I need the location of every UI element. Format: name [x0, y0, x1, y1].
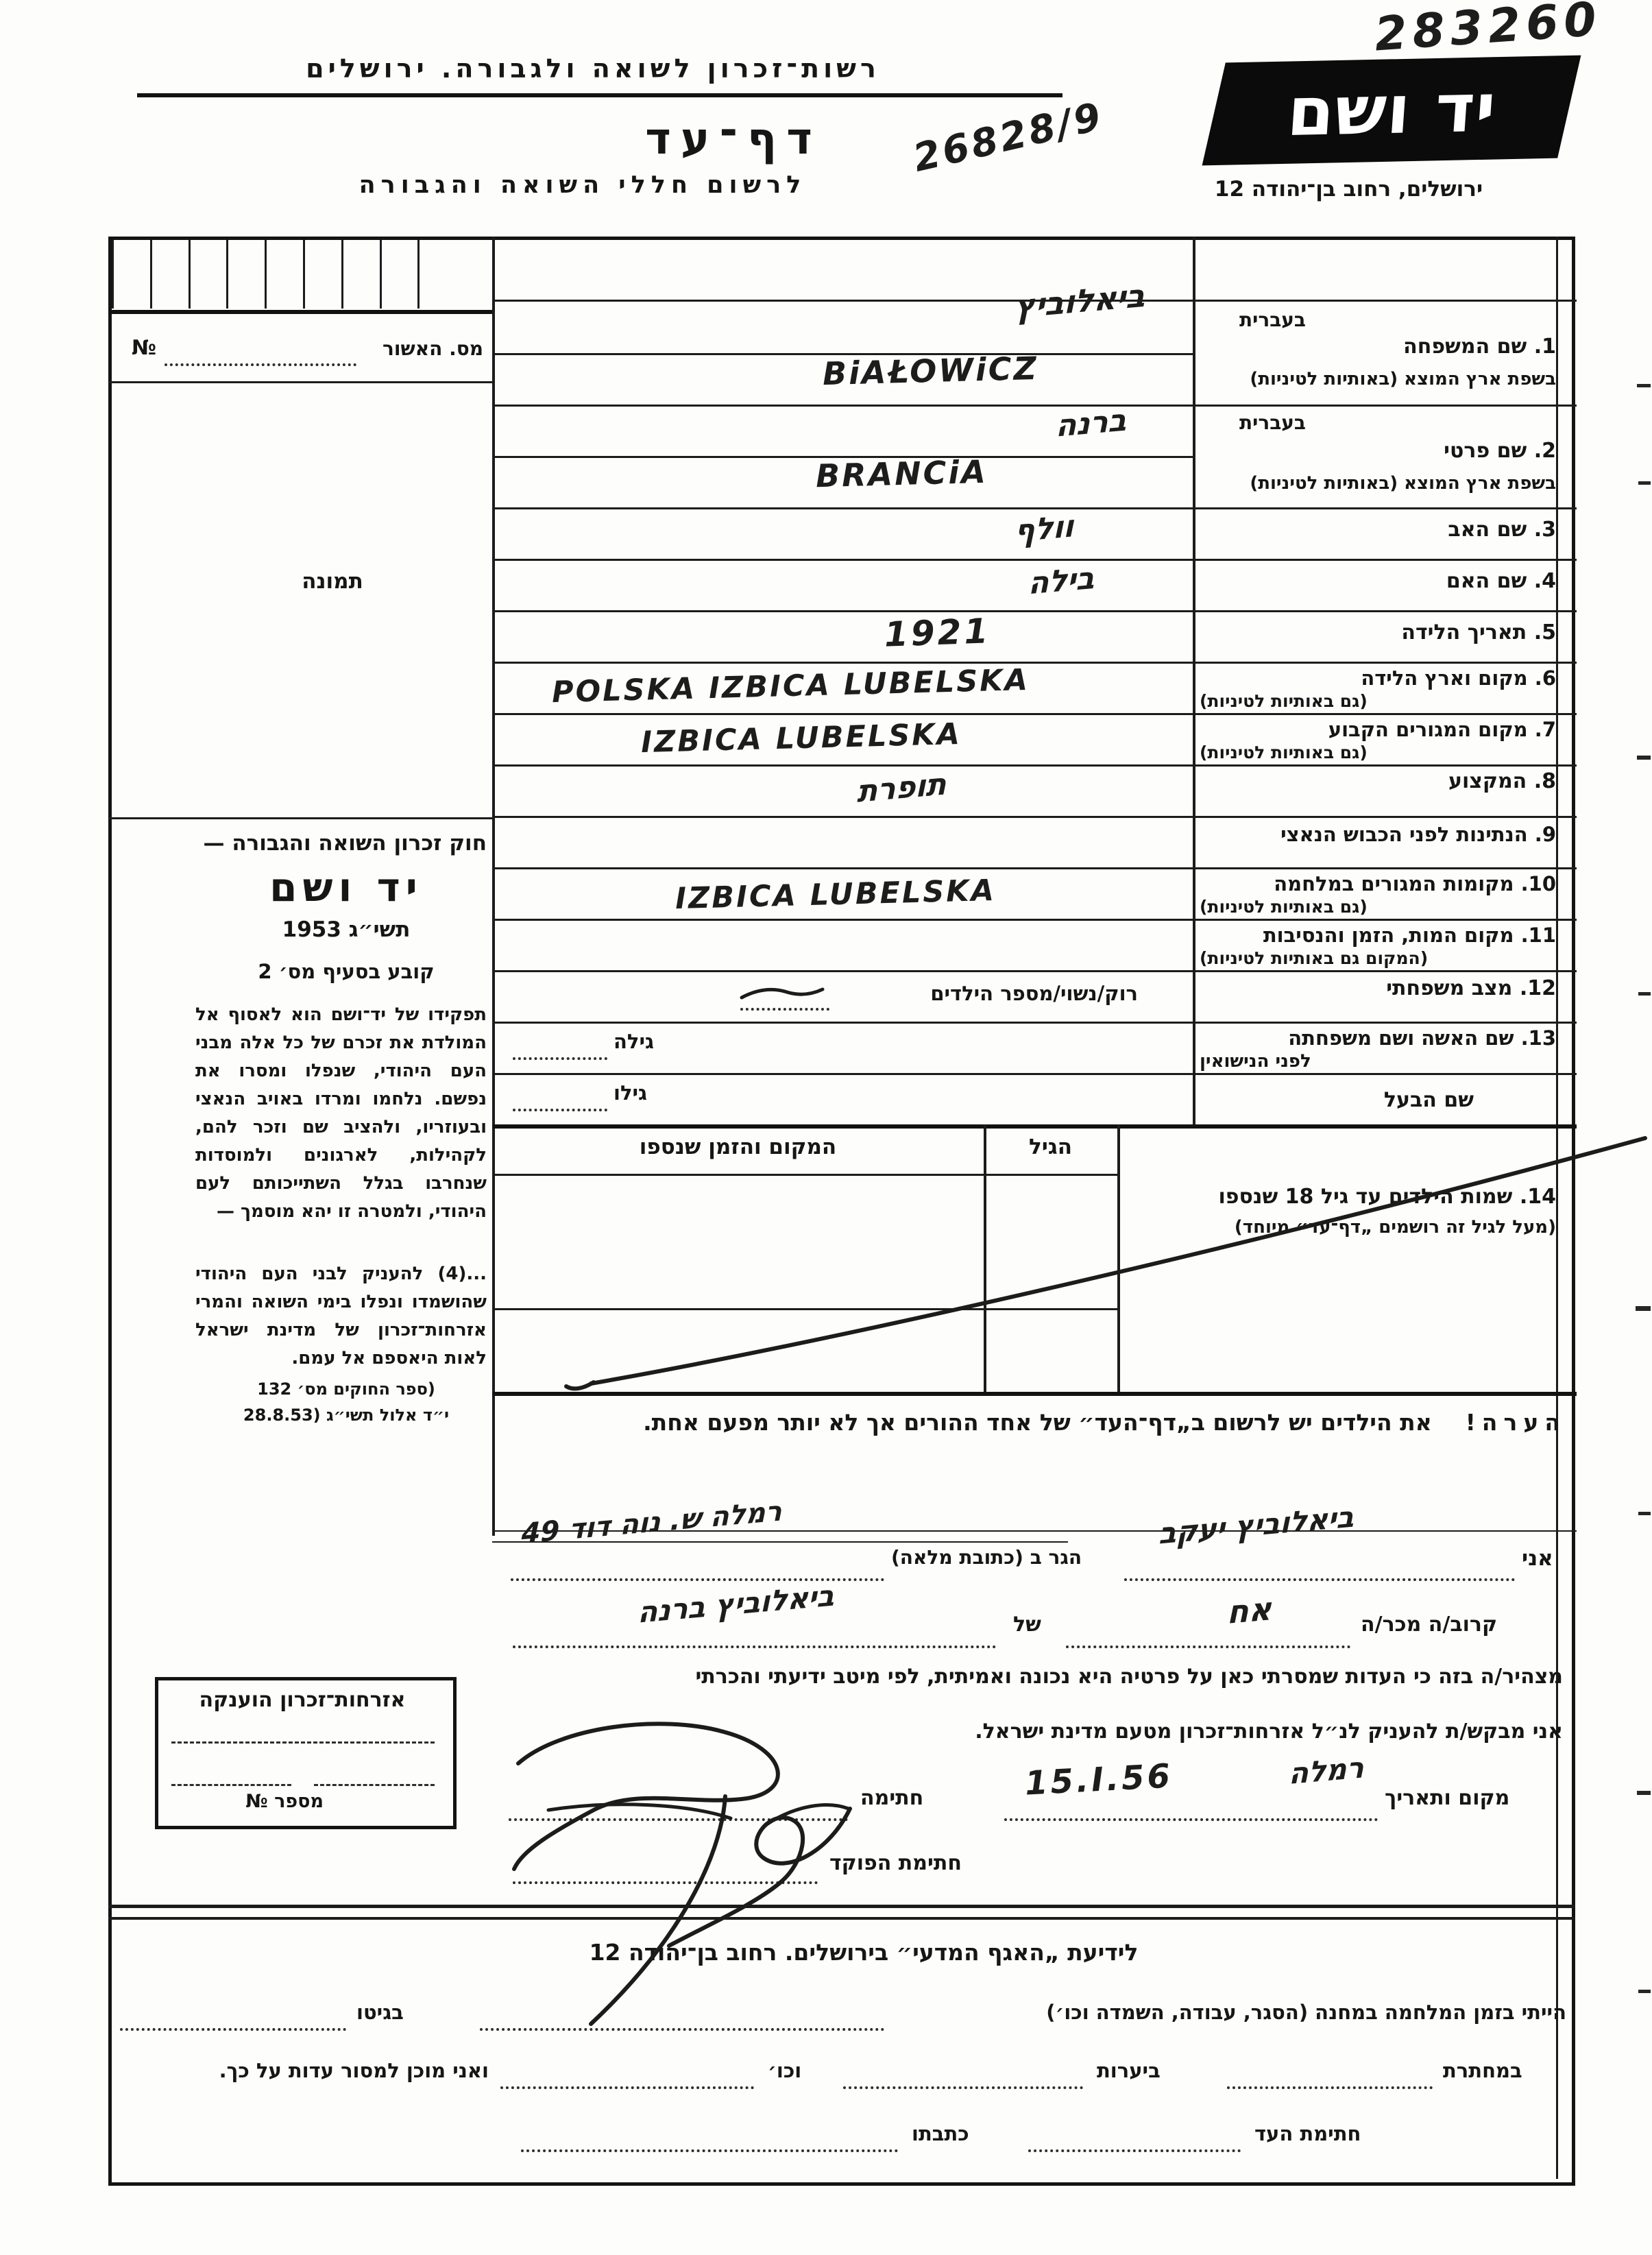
field7-label: 7. מקום המגורים הקבוע [1200, 718, 1556, 741]
table-top-rule [492, 1124, 1577, 1129]
field13b-label: שם הבעל [1200, 1088, 1474, 1112]
citizenship-box-line1 [171, 1741, 435, 1744]
declaration-statement-line: מצהיר/ה בזה כי העדות שמסרתי כאן על פרטיה… [507, 1665, 1563, 1689]
field10-label: 10. מקומות המגורים במלחמה [1200, 872, 1556, 895]
field-number: 7. [1535, 718, 1556, 741]
field-label-text: תאריך הלידה [1401, 620, 1527, 644]
approval-number-sign: № [132, 336, 156, 360]
divider-left-center [492, 237, 495, 1536]
field2-label: 2. שם פרטי [1200, 439, 1556, 463]
field9-label: 9. הנתינות לפני הכבוש הנאצי [1200, 823, 1556, 846]
field-number: 5. [1534, 620, 1556, 644]
ghetto-fill-line [120, 2028, 346, 2031]
field2-lang-label: בעברית [1203, 411, 1306, 434]
law-citation-line2: י״ד אלול תשי״ג (28.8.53 [226, 1406, 466, 1425]
field-number: 4. [1534, 569, 1556, 593]
citizenship-box-line2b [314, 1784, 435, 1786]
testimony-page-scan: 283260 רשות־זכרון לשואה ולגבורה. ירושלים… [0, 0, 1652, 2255]
field1-lang-label: בעברית [1203, 309, 1306, 331]
law-clause-text: ‏...(4) להעניק לבני העם היהודי שהושמדו ו… [195, 1260, 487, 1373]
declaration-request-line: אני מבקש/ת להעניק לנ״ל אזרחות־זכרון מטעם… [507, 1720, 1563, 1744]
etc-label: וכו׳ [768, 2059, 801, 2082]
underground-label: במחתרת [1443, 2059, 1522, 2082]
field11-sub-label: (המקום גם באותיות לטיניות) [1200, 948, 1556, 968]
children-table-place-header: המקום והזמן שנספו [492, 1135, 984, 1159]
serial-box-row [112, 240, 492, 309]
divider-center-right [1193, 237, 1195, 1124]
place-handwritten: רמלה [1289, 1750, 1364, 1791]
children-table-age-header: הגיל [984, 1135, 1117, 1159]
scientific-dept-info-line: לידיעת „האגף המדעי״ בירושלים. רחוב בן־יה… [473, 1939, 1254, 1966]
field6-sub-label: (גם באותיות לטיניות) [1200, 691, 1556, 711]
grid-line [492, 764, 1577, 767]
forests-fill-line [843, 2086, 1083, 2089]
scan-edge-mark [1637, 1791, 1651, 1795]
first-name-hebrew-handwritten: ברנה [1056, 402, 1127, 444]
scan-edge-mark [1638, 481, 1651, 485]
note-line: הערה! את הילדים יש לרשום ב„דף־העד״ של אח… [500, 1409, 1566, 1436]
grid-line [492, 507, 1577, 509]
serial-box-cell [456, 240, 492, 309]
first-name-latin-handwritten: BRANCiA [815, 453, 988, 495]
husband-age-fill-line [513, 1109, 607, 1111]
form-subtitle: לרשום חללי השואה והגבורה [322, 171, 843, 199]
law-title: יד ושם [254, 864, 439, 911]
field5-label: 5. תאריך הלידה [1200, 620, 1556, 644]
grid-line [492, 1022, 1577, 1024]
scan-edge-mark [1637, 384, 1651, 387]
grid-line [492, 919, 1577, 921]
field-label-text: מקום המות, הזמן והנסיבות [1263, 924, 1514, 947]
field-label-text: שמות הילדים עד גיל 18 שנספו [1218, 1185, 1512, 1209]
place-date-label: מקום ותאריך [1385, 1786, 1509, 1810]
testify-line: ואני מוכן למסור עדות על כך. [115, 2059, 489, 2082]
field13-label: 13. שם האשה ושם משפחתה [1200, 1026, 1556, 1050]
field2-sub-label: בשפת ארץ המוצא (באותיות לטיניות) [1200, 473, 1556, 494]
children-table-header-rule [492, 1174, 1117, 1176]
declaration-relative-label: קרוב/ה מכר/ה [1361, 1613, 1497, 1637]
camp-line-prefix: הייתי בזמן המלחמה במחנה (הסגר, עבודה, הש… [895, 2001, 1566, 2024]
field6-label: 6. מקום וארץ הלידה [1200, 666, 1556, 690]
scan-edge-mark [1637, 756, 1651, 760]
field-number: 13. [1521, 1026, 1556, 1050]
etc-fill-line [500, 2086, 754, 2089]
field-number: 12. [1520, 976, 1556, 1000]
law-heading: חוק זכרון השואה והגבורה — [192, 831, 487, 856]
witness-address-label: כתבתו [912, 2122, 969, 2145]
note-text: את הילדים יש לרשום ב„דף־העד״ של אחד ההור… [643, 1409, 1432, 1436]
header-rule [137, 93, 1062, 97]
scan-edge-mark [1638, 992, 1651, 996]
mother-name-handwritten: בילה [1028, 561, 1095, 602]
underground-fill-line [1227, 2086, 1433, 2089]
victim-name-fill-line [513, 1645, 996, 1648]
scan-edge-mark [1638, 1990, 1651, 1993]
form-title: דף־עד [590, 114, 877, 165]
field-number: 2. [1534, 439, 1556, 463]
law-section-ref: קובע בסעיף מס׳ 2 [240, 960, 452, 983]
field1-sub-label: בשפת ארץ המוצא (באותיות לטיניות) [1200, 369, 1556, 389]
scan-edge-mark [1636, 1306, 1651, 1311]
field-label-text: שם המשפחה [1403, 335, 1527, 359]
field3-label: 3. שם האב [1200, 518, 1556, 542]
witness-name-fill-line [1124, 1578, 1515, 1581]
serial-box-cell [417, 240, 456, 309]
field11-label: 11. מקום המות, הזמן והנסיבות [1200, 924, 1556, 947]
field12-label: 12. מצב משפחתי [1200, 976, 1556, 1000]
citizenship-box-number: מספר № [173, 1791, 324, 1812]
signature-fill-line [509, 1818, 848, 1821]
grid-line [492, 867, 1577, 869]
place-date-fill-line [1004, 1818, 1378, 1821]
field-label-text: הנתינות לפני הכבוש הנאצי [1280, 823, 1528, 846]
witness-signature-fill-line [1028, 2149, 1241, 2152]
yad-vashem-logo: יד ושם [1202, 56, 1581, 166]
citizenship-box-line2a [171, 1784, 291, 1786]
logo-text: יד ושם [1285, 69, 1498, 152]
field-label-text: מצב משפחתי [1386, 976, 1512, 1000]
clerk-signature-fill-line [513, 1881, 818, 1884]
field-number: 8. [1534, 769, 1556, 793]
law-citation-line1: (ספר החוקים מס׳ 132 [226, 1379, 466, 1399]
serial-box-cell [226, 240, 265, 309]
field13-sub-label: לפני הנישואין [1200, 1051, 1556, 1072]
field-number: 3. [1534, 518, 1556, 542]
witness-address-footer-fill-line [521, 2149, 898, 2152]
serial-box-cell [265, 240, 303, 309]
field-label-text: שם האב [1448, 518, 1527, 542]
field-label-text: מקום וארץ הלידה [1361, 666, 1527, 690]
grid-line [492, 559, 1577, 561]
declaration-of-label: של [1013, 1613, 1041, 1637]
children-table-bottom-rule [492, 1392, 1577, 1396]
serial-box-cell [303, 240, 341, 309]
children-table-divider-1 [984, 1124, 986, 1392]
family-name-latin-handwritten: BiAŁOWiCZ [822, 350, 1038, 392]
field-number: 14. [1520, 1185, 1556, 1209]
footer-double-rule-2 [108, 1917, 1575, 1920]
photo-label: תמונה [274, 569, 391, 594]
field-number: 10. [1521, 872, 1556, 895]
approval-section-rule [108, 381, 492, 383]
grid-line [492, 816, 1577, 818]
field-label-text: מקומות המגורים במלחמה [1274, 872, 1514, 895]
footer-double-rule-1 [108, 1905, 1575, 1908]
date-handwritten: 15.I.56 [1024, 1757, 1174, 1802]
serial-box-bottom-rule [108, 310, 492, 314]
marital-status-fill-line [740, 1008, 829, 1011]
note-title: הערה! [1466, 1409, 1566, 1436]
citizenship-box-title: אזרחות־זכרון הוענקה [169, 1688, 436, 1712]
field14-sub-label: (מעל לגיל זה רושמים „דף־עד״ מיוחד) [1124, 1217, 1556, 1238]
wife-age-fill-line [513, 1057, 607, 1060]
marital-status-options: רוק/נשוי/מספר הילדים [823, 982, 1138, 1005]
declaration-i-label: אני [1522, 1546, 1553, 1571]
husband-age-label: גילו [614, 1081, 647, 1105]
field-number: 6. [1535, 666, 1556, 690]
law-year: תשי״ג 1953 [260, 917, 432, 942]
approval-number-label: מס. האשור [356, 337, 483, 360]
wife-age-label: גילה [614, 1030, 654, 1053]
declaration-resides-label: הגר ב (כתובת מלאה) [891, 1546, 1082, 1569]
field14-label: 14. שמות הילדים עד גיל 18 שנספו [1124, 1185, 1556, 1209]
field4-label: 4. שם האם [1200, 569, 1556, 593]
children-table-divider-2 [1117, 1124, 1120, 1392]
grid-line [492, 713, 1577, 715]
serial-box-cell [189, 240, 227, 309]
signature-label: חתימה [860, 1786, 923, 1810]
relation-handwritten: אח [1227, 1590, 1272, 1631]
serial-box-cell [112, 240, 150, 309]
grid-line [492, 970, 1577, 972]
grid-line [492, 610, 1577, 612]
scan-edge-mark [1638, 1512, 1651, 1515]
field-label-text: המקצוע [1448, 769, 1527, 793]
law-body-text: תפקידו של יד־ושם הוא לאסוף אל המולדת את … [195, 1001, 487, 1226]
law-section-top-rule [108, 817, 492, 819]
field-number: 11. [1521, 924, 1556, 947]
field-number: 1. [1534, 335, 1556, 359]
serial-box-cell [150, 240, 189, 309]
birth-year-handwritten: 1921 [884, 611, 991, 654]
ghetto-label: בגיטו [356, 2001, 404, 2024]
frame-right-inner-border [1556, 237, 1558, 2179]
approval-number-line [165, 363, 356, 366]
file-number-handwritten: 26828/9 [909, 94, 1108, 181]
org-header-line: רשות־זכרון לשואה ולגבורה. ירושלים [243, 53, 943, 84]
field7-sub-label: (גם באותיות לטיניות) [1200, 743, 1556, 762]
citizenship-number-sign: № [245, 1791, 267, 1812]
org-address: ירושלים, רחוב בן־יהודה 12 [1134, 177, 1563, 202]
field10-sub-label: (גם באותיות לטיניות) [1200, 897, 1556, 917]
forests-label: ביערות [1097, 2059, 1161, 2082]
father-name-handwritten: וולף [1015, 509, 1074, 549]
stamp-number-handwritten: 283260 [1373, 0, 1604, 62]
camp-fill-line [480, 2028, 884, 2031]
serial-box-cell [380, 240, 418, 309]
grid-line [492, 1073, 1577, 1075]
grid-line [492, 405, 1577, 407]
field1-label: 1. שם המשפחה [1200, 335, 1556, 359]
field-label-text: מקום המגורים הקבוע [1328, 718, 1528, 741]
field-label-text: שם האשה ושם משפחתה [1288, 1026, 1514, 1050]
relation-fill-line [1066, 1645, 1350, 1648]
clerk-signature-label: חתימת הפוקד [829, 1851, 962, 1875]
children-table-row-rule [492, 1308, 1117, 1310]
field-label-text: שם פרטי [1444, 439, 1527, 463]
grid-line [492, 662, 1577, 664]
citizenship-number-label: מספר [274, 1791, 324, 1812]
field-number: 9. [1535, 823, 1556, 846]
field8-label: 8. המקצוע [1200, 769, 1556, 793]
field-label-text: שם האם [1446, 569, 1527, 593]
witness-signature-label: חתימת העד [1254, 2122, 1361, 2145]
serial-box-cell [341, 240, 380, 309]
